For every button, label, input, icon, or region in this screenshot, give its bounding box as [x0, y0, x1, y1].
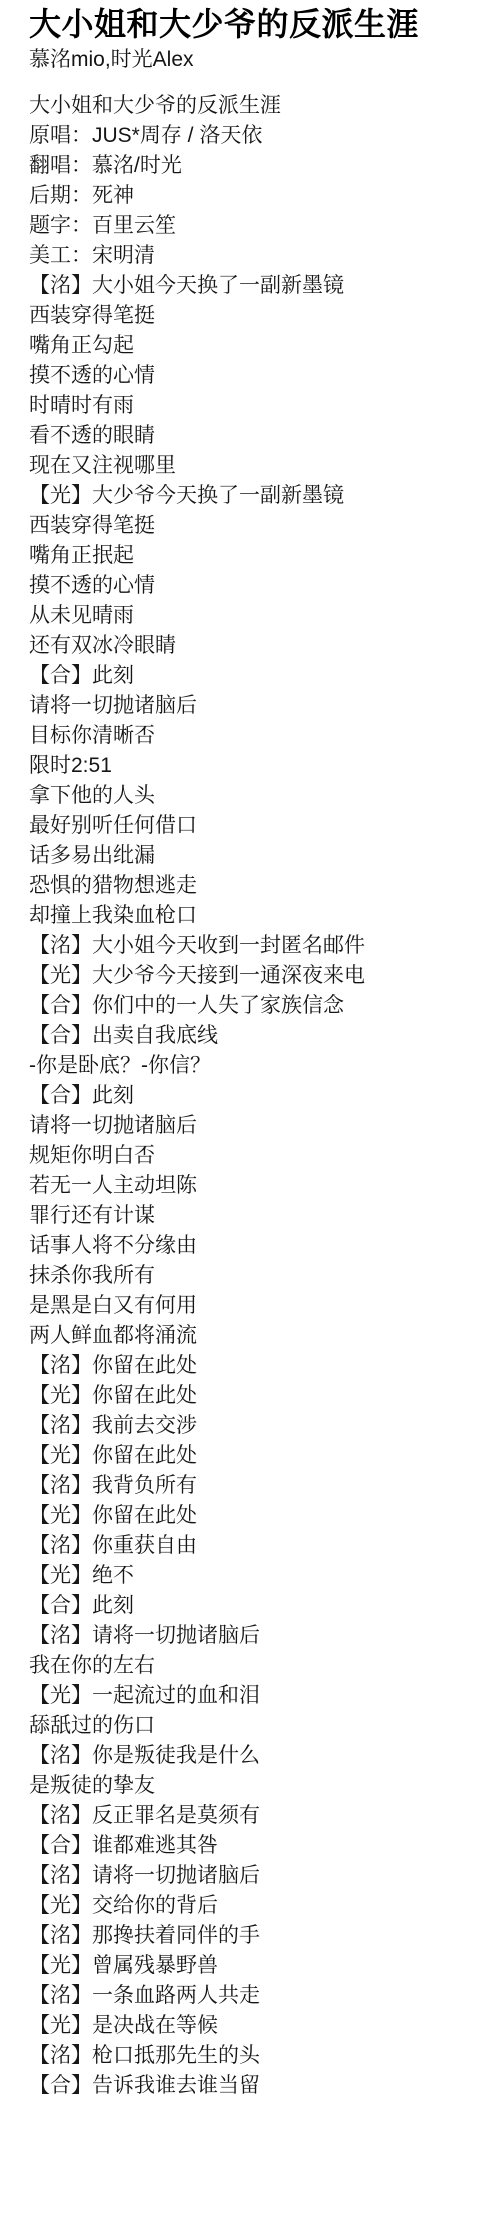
lyric-line: 西装穿得笔挺: [29, 301, 480, 331]
page-title: 大小姐和大少爷的反派生涯: [29, 5, 480, 43]
lyric-line: 规矩你明白否: [29, 1141, 480, 1171]
lyric-line: 【合】此刻: [29, 661, 480, 691]
lyric-line: 【洺】请将一切抛诸脑后: [29, 1621, 480, 1651]
lyric-line: 大小姐和大少爷的反派生涯: [29, 91, 480, 121]
lyric-line: 话事人将不分缘由: [29, 1231, 480, 1261]
lyric-line: 美工：宋明清: [29, 241, 480, 271]
lyric-line: 后期：死神: [29, 181, 480, 211]
lyric-line: 【光】交给你的背后: [29, 1891, 480, 1921]
lyric-line: 【光】你留在此处: [29, 1381, 480, 1411]
lyric-line: 却撞上我染血枪口: [29, 901, 480, 931]
artists-line: 慕洺mio,时光Alex: [29, 48, 480, 72]
lyric-line: 是叛徒的挚友: [29, 1771, 480, 1801]
lyric-line: 【合】谁都难逃其咎: [29, 1831, 480, 1861]
lyric-line: 现在又注视哪里: [29, 451, 480, 481]
lyric-line: 【合】告诉我谁去谁当留: [29, 2071, 480, 2101]
lyric-line: 【洺】我前去交涉: [29, 1411, 480, 1441]
lyric-line: 【合】出卖自我底线: [29, 1021, 480, 1051]
lyric-line: 目标你清晰否: [29, 721, 480, 751]
lyric-line: 嘴角正抿起: [29, 541, 480, 571]
lyric-line: 若无一人主动坦陈: [29, 1171, 480, 1201]
lyric-line: 【光】你留在此处: [29, 1441, 480, 1471]
lyric-line: 【光】大少爷今天接到一通深夜来电: [29, 961, 480, 991]
lyric-line: 话多易出纰漏: [29, 841, 480, 871]
lyric-line: 嘴角正勾起: [29, 331, 480, 361]
lyric-line: 舔舐过的伤口: [29, 1711, 480, 1741]
lyric-line: 【光】绝不: [29, 1561, 480, 1591]
lyric-line: 是黑是白又有何用: [29, 1291, 480, 1321]
lyric-line: 【光】是决战在等候: [29, 2011, 480, 2041]
lyric-line: 【洺】一条血路两人共走: [29, 1981, 480, 2011]
lyric-line: 摸不透的心情: [29, 361, 480, 391]
lyrics-page: 大小姐和大少爷的反派生涯 慕洺mio,时光Alex 大小姐和大少爷的反派生涯原唱…: [0, 0, 500, 2101]
lyric-line: 拿下他的人头: [29, 781, 480, 811]
lyric-line: 我在你的左右: [29, 1651, 480, 1681]
lyric-line: 【合】你们中的一人失了家族信念: [29, 991, 480, 1021]
lyric-line: 两人鲜血都将涌流: [29, 1321, 480, 1351]
lyric-line: 还有双冰冷眼睛: [29, 631, 480, 661]
lyric-line: 【洺】请将一切抛诸脑后: [29, 1861, 480, 1891]
lyrics-container: 大小姐和大少爷的反派生涯原唱：JUS*周存 / 洛天依翻唱：慕洺/时光后期：死神…: [29, 91, 480, 2101]
lyric-line: -你是卧底？-你信？: [29, 1051, 480, 1081]
lyric-line: 题字：百里云笙: [29, 211, 480, 241]
lyric-line: 请将一切抛诸脑后: [29, 1111, 480, 1141]
lyric-line: 罪行还有计谋: [29, 1201, 480, 1231]
lyric-line: 【合】此刻: [29, 1081, 480, 1111]
lyric-line: 【光】大少爷今天换了一副新墨镜: [29, 481, 480, 511]
lyric-line: 恐惧的猎物想逃走: [29, 871, 480, 901]
lyric-line: 【洺】反正罪名是莫须有: [29, 1801, 480, 1831]
lyric-line: 摸不透的心情: [29, 571, 480, 601]
lyric-line: 【洺】你重获自由: [29, 1531, 480, 1561]
lyric-line: 【洺】大小姐今天收到一封匿名邮件: [29, 931, 480, 961]
lyric-line: 【洺】大小姐今天换了一副新墨镜: [29, 271, 480, 301]
lyric-line: 【合】此刻: [29, 1591, 480, 1621]
lyric-line: 最好别听任何借口: [29, 811, 480, 841]
lyric-line: 【洺】你留在此处: [29, 1351, 480, 1381]
lyric-line: 原唱：JUS*周存 / 洛天依: [29, 121, 480, 151]
lyric-line: 【洺】你是叛徒我是什么: [29, 1741, 480, 1771]
lyric-line: 翻唱：慕洺/时光: [29, 151, 480, 181]
lyric-line: 【洺】枪口抵那先生的头: [29, 2041, 480, 2071]
lyric-line: 抹杀你我所有: [29, 1261, 480, 1291]
lyric-line: 【光】你留在此处: [29, 1501, 480, 1531]
lyric-line: 【光】一起流过的血和泪: [29, 1681, 480, 1711]
lyric-line: 西装穿得笔挺: [29, 511, 480, 541]
lyric-line: 限时2:51: [29, 751, 480, 781]
lyric-line: 【光】曾属残暴野兽: [29, 1951, 480, 1981]
lyric-line: 【洺】那搀扶着同伴的手: [29, 1921, 480, 1951]
lyric-line: 时晴时有雨: [29, 391, 480, 421]
lyric-line: 看不透的眼睛: [29, 421, 480, 451]
lyric-line: 请将一切抛诸脑后: [29, 691, 480, 721]
lyric-line: 从未见晴雨: [29, 601, 480, 631]
lyric-line: 【洺】我背负所有: [29, 1471, 480, 1501]
